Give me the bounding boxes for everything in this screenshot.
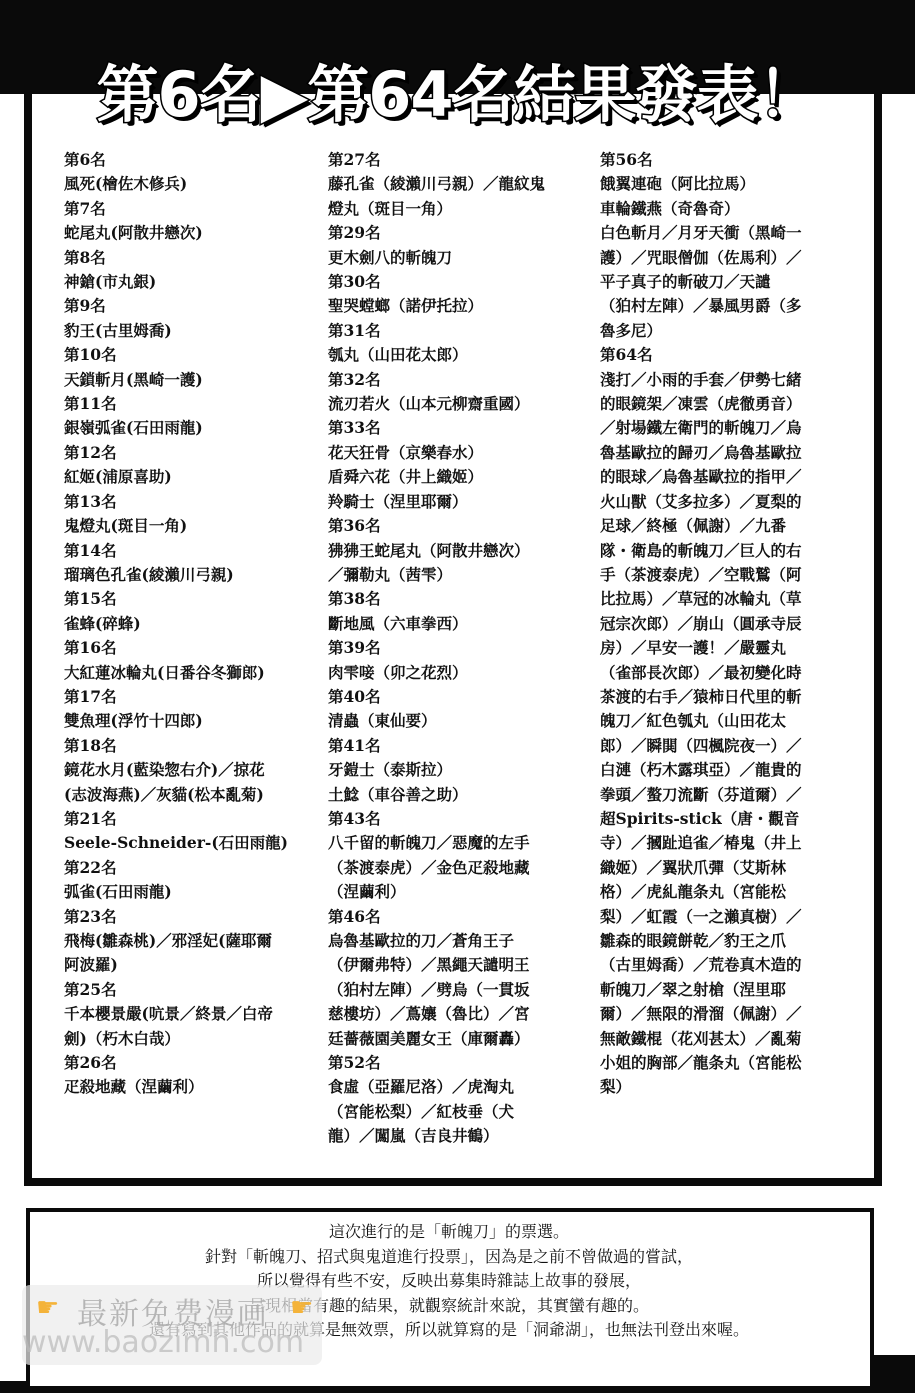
entry-text: 餓翼連砲（阿比拉馬）: [600, 172, 840, 196]
entry-text: 白色斬月／月牙天衝（黑崎一: [600, 221, 840, 245]
entry-text: 的眼鏡架／凍雲（虎徹勇音）: [600, 392, 840, 416]
entry-text: 蛇尾丸(阿散井戀次): [64, 221, 322, 245]
entry-text: 更木劍八的斬魄刀: [328, 246, 590, 270]
pointing-hand-icon: ☛: [290, 1293, 313, 1323]
entry-text: ／彌勒丸（茜雫）: [328, 563, 590, 587]
entry-text: 足球／終極（佩謝）／九番: [600, 514, 840, 538]
rank-heading: 第8名: [64, 246, 322, 270]
rank-heading: 第40名: [328, 685, 590, 709]
entry-text: 羚騎士（涅里耶爾）: [328, 490, 590, 514]
rank-heading: 第36名: [328, 514, 590, 538]
entry-text: 梨）: [600, 1075, 840, 1099]
entry-text: 魄刀／紅色瓠丸（山田花太: [600, 709, 840, 733]
entry-text: 超Spirits-stick（唐・觀音: [600, 807, 840, 831]
rank-heading: 第30名: [328, 270, 590, 294]
entry-text: 廷薔薇園美麗女王（庫爾轟）: [328, 1027, 590, 1051]
rank-heading: 第32名: [328, 368, 590, 392]
entry-text: 流刃若火（山本元柳齋重國）: [328, 392, 590, 416]
entry-text: 神鎗(市丸銀): [64, 270, 322, 294]
entry-text: 雙魚理(浮竹十四郎): [64, 709, 322, 733]
entry-text: 天鎖斬月(黑崎一護): [64, 368, 322, 392]
pointing-hand-icon: ☛: [36, 1293, 59, 1323]
entry-text: 淺打／小雨的手套／伊勢七緒: [600, 368, 840, 392]
entry-text: 雛森的眼鏡餅乾／豹王之爪: [600, 929, 840, 953]
entry-text: 瓠丸（山田花太郎）: [328, 343, 590, 367]
entry-text: 魯多尼）: [600, 319, 840, 343]
entry-text: 清蟲（東仙要）: [328, 709, 590, 733]
rank-heading: 第10名: [64, 343, 322, 367]
rank-heading: 第9名: [64, 294, 322, 318]
entry-text: 土鯰（車谷善之助）: [328, 783, 590, 807]
watermark-overlay[interactable]: ☛ 最新免费漫画 ☛ www.baozimh.com: [22, 1285, 322, 1365]
entry-text: 手（茶渡泰虎）／空戰鷲（阿: [600, 563, 840, 587]
rank-heading: 第14名: [64, 539, 322, 563]
rank-heading: 第13名: [64, 490, 322, 514]
entry-text: 飛梅(雛森桃)／邪淫妃(薩耶爾: [64, 929, 322, 953]
entry-text: 千本櫻景嚴(吭景／終景／白帝: [64, 1002, 322, 1026]
rank-heading: 第22名: [64, 856, 322, 880]
entry-text: 寺）／摑趾追雀／椿鬼（井上: [600, 831, 840, 855]
entry-text: （茶渡泰虎）／金色疋殺地藏: [328, 856, 590, 880]
entry-text: ／射場鐵左衛門的斬魄刀／烏: [600, 416, 840, 440]
entry-text: （涅繭利）: [328, 880, 590, 904]
rank-heading: 第11名: [64, 392, 322, 416]
results-column-2: 第27名藤孔雀（綾瀨川弓親）／龍紋鬼燈丸（斑目一角）第29名更木劍八的斬魄刀第3…: [328, 148, 590, 1149]
entry-text: （狛村左陣）／劈烏（一貫坂: [328, 978, 590, 1002]
entry-text: 疋殺地藏（涅繭利）: [64, 1075, 322, 1099]
entry-text: 大紅蓮冰輪丸(日番谷冬獅郎): [64, 661, 322, 685]
rank-heading: 第18名: [64, 734, 322, 758]
entry-text: 斬魄刀／翠之射槍（涅里耶: [600, 978, 840, 1002]
entry-text: 白漣（朽木露琪亞）／龍貴的: [600, 758, 840, 782]
entry-text: 無敵鐵棍（花刈甚太）／亂菊: [600, 1027, 840, 1051]
watermark-url[interactable]: www.baozimh.com: [22, 1325, 304, 1360]
entry-text: (志波海燕)／灰貓(松本亂菊): [64, 783, 322, 807]
entry-text: 比拉馬）／草冠的冰輪丸（草: [600, 587, 840, 611]
entry-text: 阿波羅): [64, 953, 322, 977]
entry-text: 小姐的胸部／龍条丸（宮能松: [600, 1051, 840, 1075]
entry-text: 烏魯基歐拉的刀／蒼角王子: [328, 929, 590, 953]
note-line: 針對「斬魄刀、招式與鬼道進行投票」，因為是之前不曾做過的嘗試，: [30, 1245, 868, 1270]
rank-heading: 第39名: [328, 636, 590, 660]
entry-text: 郎）／瞬閧（四楓院夜一）／: [600, 734, 840, 758]
entry-text: 盾舜六花（井上織姬）: [328, 465, 590, 489]
rank-heading: 第15名: [64, 587, 322, 611]
entry-text: Seele-Schneider-(石田雨龍): [64, 831, 322, 855]
entry-text: 房）／早安一護！／嚴靈丸: [600, 636, 840, 660]
entry-text: （伊爾弗特）／黑繩天譴明王: [328, 953, 590, 977]
rank-heading: 第17名: [64, 685, 322, 709]
entry-text: 聖哭螳螂（諾伊托拉）: [328, 294, 590, 318]
entry-text: 八千留的斬魄刀／惡魔的左手: [328, 831, 590, 855]
entry-text: 食虛（亞羅尼洛）／虎淘丸: [328, 1075, 590, 1099]
entry-text: （狛村左陣）／暴風男爵（多: [600, 294, 840, 318]
entry-text: 鬼燈丸(斑目一角): [64, 514, 322, 538]
entry-text: 梨）／虹霞（一之瀨真樹）／: [600, 905, 840, 929]
entry-text: （宮能松梨）／紅枝垂（犬: [328, 1100, 590, 1124]
rank-heading: 第41名: [328, 734, 590, 758]
entry-text: 平子真子的斬破刀／天譴: [600, 270, 840, 294]
entry-text: 拳頭／螯刀流斷（芬道爾）／: [600, 783, 840, 807]
entry-text: 花天狂骨（京樂春水）: [328, 441, 590, 465]
entry-text: 肉雫唼（卯之花烈）: [328, 661, 590, 685]
entry-text: 慈樓坊）／蔦孃（魯比）／宮: [328, 1002, 590, 1026]
entry-text: 紅姬(浦原喜助): [64, 465, 322, 489]
entry-text: 爾）／無限的滑溜（佩謝）／: [600, 1002, 840, 1026]
rank-heading: 第16名: [64, 636, 322, 660]
rank-heading: 第6名: [64, 148, 322, 172]
entry-text: 劍)（朽木白哉）: [64, 1027, 322, 1051]
rank-heading: 第33名: [328, 416, 590, 440]
rank-heading: 第52名: [328, 1051, 590, 1075]
rank-heading: 第21名: [64, 807, 322, 831]
rank-heading: 第25名: [64, 978, 322, 1002]
rank-heading: 第26名: [64, 1051, 322, 1075]
entry-text: 銀嶺弧雀(石田雨龍): [64, 416, 322, 440]
note-line: 這次進行的是「斬魄刀」的票選。: [30, 1220, 868, 1245]
results-column-1: 第6名風死(檜佐木修兵)第7名蛇尾丸(阿散井戀次)第8名神鎗(市丸銀)第9名豹王…: [64, 148, 322, 1100]
entry-text: 牙鎧士（泰斯拉）: [328, 758, 590, 782]
entry-text: 車輪鐵燕（奇魯奇）: [600, 197, 840, 221]
entry-text: 織姬）／翼狀爪彈（艾斯林: [600, 856, 840, 880]
entry-text: （雀部長次郎）／最初變化時: [600, 661, 840, 685]
rank-heading: 第23名: [64, 905, 322, 929]
entry-text: 弧雀(石田雨龍): [64, 880, 322, 904]
entry-text: 冠宗次郎）／崩山（圓承寺辰: [600, 612, 840, 636]
entry-text: 燈丸（斑目一角）: [328, 197, 590, 221]
rank-heading: 第56名: [600, 148, 840, 172]
entry-text: 狒狒王蛇尾丸（阿散井戀次）: [328, 539, 590, 563]
entry-text: 火山獸（艾多拉多）／夏梨的: [600, 490, 840, 514]
entry-text: 龍）／闖嵐（吉良井鶴）: [328, 1124, 590, 1148]
entry-text: 斷地風（六車拳西）: [328, 612, 590, 636]
entry-text: 風死(檜佐木修兵): [64, 172, 322, 196]
entry-text: 魯基歐拉的歸刃／烏魯基歐拉: [600, 441, 840, 465]
rank-heading: 第31名: [328, 319, 590, 343]
rank-heading: 第38名: [328, 587, 590, 611]
results-column-3: 第56名餓翼連砲（阿比拉馬）車輪鐵燕（奇魯奇）白色斬月／月牙天衝（黑崎一護）／咒…: [600, 148, 840, 1100]
entry-text: 護）／咒眼僧伽（佐馬利）／: [600, 246, 840, 270]
entry-text: 豹王(古里姆喬): [64, 319, 322, 343]
entry-text: 鏡花水月(藍染惣右介)／掠花: [64, 758, 322, 782]
rank-heading: 第64名: [600, 343, 840, 367]
entry-text: 雀蜂(碎蜂): [64, 612, 322, 636]
entry-text: 格）／虎糺龍条丸（宮能松: [600, 880, 840, 904]
rank-heading: 第43名: [328, 807, 590, 831]
entry-text: 隊・衛島的斬魄刀／巨人的右: [600, 539, 840, 563]
entry-text: （古里姆喬）／荒卷真木造的: [600, 953, 840, 977]
rank-heading: 第12名: [64, 441, 322, 465]
entry-text: 瑠璃色孔雀(綾瀨川弓親): [64, 563, 322, 587]
page-title: 第6名▶第64名結果發表！: [0, 55, 915, 135]
rank-heading: 第7名: [64, 197, 322, 221]
rank-heading: 第27名: [328, 148, 590, 172]
rank-heading: 第29名: [328, 221, 590, 245]
rank-heading: 第46名: [328, 905, 590, 929]
entry-text: 藤孔雀（綾瀨川弓親）／龍紋鬼: [328, 172, 590, 196]
entry-text: 的眼球／烏魯基歐拉的指甲／: [600, 465, 840, 489]
entry-text: 茶渡的右手／猿柿日代里的斬: [600, 685, 840, 709]
